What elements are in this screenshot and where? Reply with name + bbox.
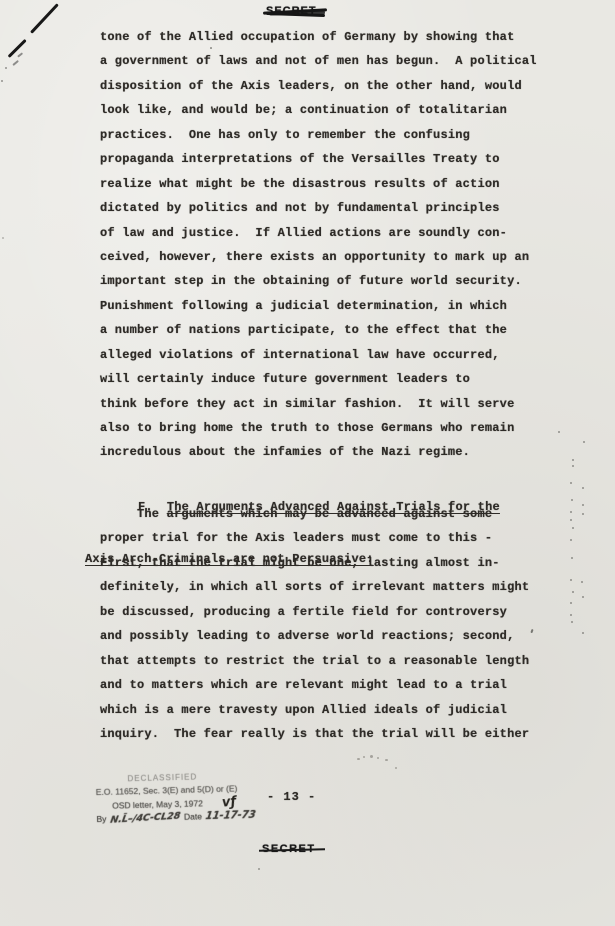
body-text-line: which is a mere travesty upon Allied ide… <box>100 698 529 722</box>
paper-speck <box>570 482 572 484</box>
paper-speck <box>581 581 583 583</box>
paper-speck <box>572 465 574 467</box>
paper-speck <box>571 557 573 559</box>
paper-speck <box>570 579 572 581</box>
body-text-line: incredulous about the infamies of the Na… <box>100 440 537 464</box>
body-text-line: look like, and would be; a continuation … <box>100 98 537 122</box>
body-text-line: of law and justice. If Allied actions ar… <box>100 221 537 245</box>
body-text-line: and to matters which are relevant might … <box>100 673 529 697</box>
pen-mark <box>12 60 18 66</box>
paper-speck <box>570 519 572 521</box>
handwritten-signature: N.L̄–/4C-CL28 <box>109 811 181 826</box>
paper-speck <box>582 504 584 506</box>
paper-speck <box>5 67 7 69</box>
paper-speck <box>2 237 4 239</box>
body-text-line: that attempts to restrict the trial to a… <box>100 649 529 673</box>
body-text-line: tone of the Allied occupation of Germany… <box>100 25 537 49</box>
body-text-line: Punishment following a judicial determin… <box>100 294 537 318</box>
body-text-line: The arguments which may be advanced agai… <box>100 502 529 526</box>
date-label: Date <box>184 811 202 821</box>
paper-speck <box>583 441 585 443</box>
body-text-line: propaganda interpretations of the Versai… <box>100 147 537 171</box>
declass-title: DECLASSIFIED <box>127 771 254 783</box>
body-text-line: proper trial for the Axis leaders must c… <box>100 526 529 550</box>
body-text-line: disposition of the Axis leaders, on the … <box>100 74 537 98</box>
stray-mark <box>530 629 533 633</box>
paper-speck <box>571 499 573 501</box>
body-text-line: a number of nations participate, to the … <box>100 318 537 342</box>
paper-speck <box>558 431 560 433</box>
body-text-line: realize what might be the disastrous res… <box>100 172 537 196</box>
pen-mark <box>17 52 23 57</box>
body-text-line: a government of laws and not of men has … <box>100 49 537 73</box>
paper-speck <box>582 487 584 489</box>
body-text-line: will certainly induce future government … <box>100 367 537 391</box>
handwritten-date: 11-17-73 <box>204 810 256 822</box>
paper-speck <box>570 511 572 513</box>
body-text-line: First, that the trial might be one, last… <box>100 551 529 575</box>
document-page: SECRET tone of the Allied occupation of … <box>0 0 615 926</box>
body-text-line: and possibly leading to adverse world re… <box>100 624 529 648</box>
by-label: By <box>96 814 106 824</box>
paper-speck <box>582 513 584 515</box>
paper-speck <box>570 539 572 541</box>
body-text-line: important step in the obtaining of futur… <box>100 269 537 293</box>
paper-speck <box>582 632 584 634</box>
body-text-line: also to bring home the truth to those Ge… <box>100 416 537 440</box>
paper-speck <box>571 621 573 623</box>
paper-speck <box>572 591 574 593</box>
body-text-line: practices. One has only to remember the … <box>100 123 537 147</box>
paper-speck <box>570 602 572 604</box>
body-text-line: alleged violations of international law … <box>100 343 537 367</box>
body-text-line: inquiry. The fear really is that the tri… <box>100 722 529 746</box>
paper-speck <box>570 614 572 616</box>
pen-mark <box>30 3 59 34</box>
paragraph-1: tone of the Allied occupation of Germany… <box>100 25 537 465</box>
body-text-line: ceived, however, there exists an opportu… <box>100 245 537 269</box>
paper-speck <box>572 527 574 529</box>
page-number: - 13 - <box>267 790 316 804</box>
pencil-smudge <box>355 755 401 765</box>
secret-stamp-top: SECRET <box>266 5 317 17</box>
body-text-line: think before they act in similar fashion… <box>100 392 537 416</box>
body-text-line: be discussed, producing a fertile field … <box>100 600 529 624</box>
secret-stamp-bottom: SECRET <box>262 843 316 855</box>
declass-by-line: ByN.L̄–/4C-CL28Date11-17-73 <box>96 810 255 825</box>
body-text-line: definitely, in which all sorts of irrele… <box>100 575 529 599</box>
paper-speck <box>258 868 260 870</box>
handwritten-initials: vƒ <box>221 794 237 810</box>
paper-speck <box>1 80 3 82</box>
body-text-line: dictated by politics and not by fundamen… <box>100 196 537 220</box>
paragraph-2: The arguments which may be advanced agai… <box>100 502 529 746</box>
paper-speck <box>582 596 584 598</box>
paper-speck <box>572 459 574 461</box>
